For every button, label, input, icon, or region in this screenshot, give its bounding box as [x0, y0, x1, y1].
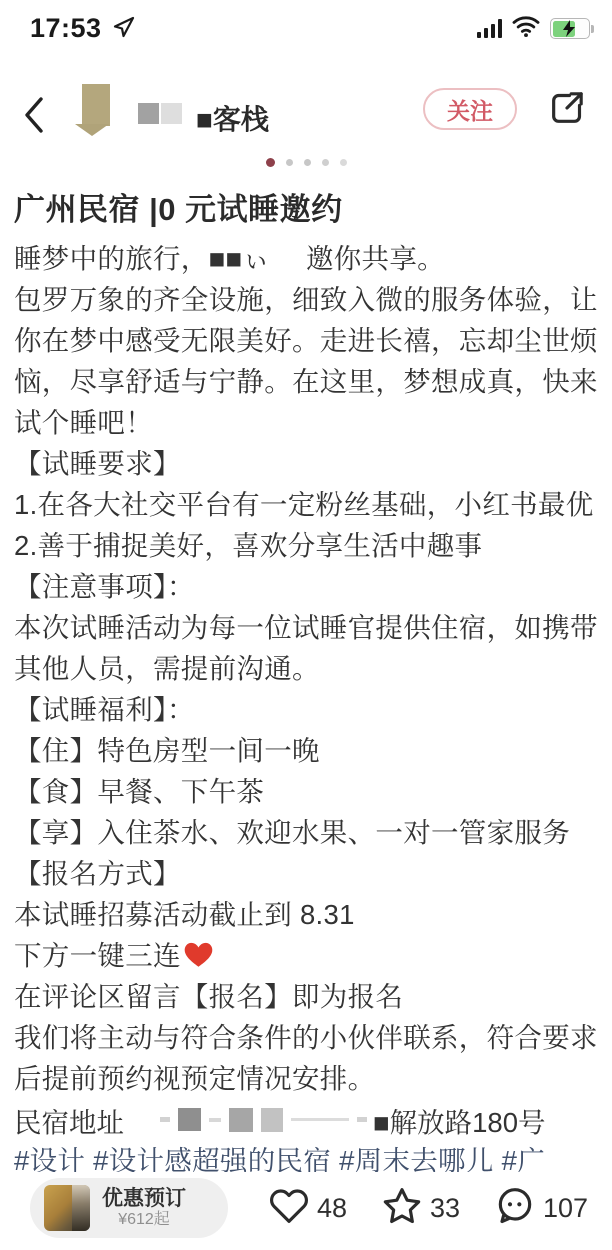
post-body-line: 试个睡吧！ — [14, 402, 600, 443]
post-body-line: 1.在各大社交平台有一定粉丝基础，小红书最优 — [14, 484, 600, 525]
post-body-line: 【享】入住茶水、欢迎水果、一对一管家服务 — [14, 812, 600, 853]
avatar[interactable] — [82, 84, 110, 126]
post-body-line: 【食】早餐、下午茶 — [14, 771, 600, 812]
post-body-line: 在评论区留言【报名】即为报名 — [14, 976, 600, 1017]
booking-thumbnail — [44, 1185, 90, 1231]
post-body-line: 本试睡招募活动截止到 8.31 — [14, 894, 600, 935]
booking-price: ¥612起 — [118, 1211, 170, 1229]
comment-bubble-icon — [494, 1186, 536, 1231]
redacted-username-blocks — [138, 103, 182, 124]
post-body-line-text: 下方一键三连 — [14, 940, 181, 971]
post-body-line: 睡梦中的旅行，■​■ぃ 邀你共享。 — [14, 238, 600, 279]
post-title: 广州民宿 |0 元试睡邀约 — [14, 184, 600, 238]
post-body-line: 【报名方式】 — [14, 853, 600, 894]
wifi-icon — [511, 14, 541, 43]
post-body-line: 恼，尽享舒适与宁静。在这里，梦想成真，快来 — [14, 361, 600, 402]
post-body-line: 【住】特色房型一间一晚 — [14, 730, 600, 771]
carousel-dot — [286, 159, 293, 166]
address-label: 民宿地址 — [14, 1100, 124, 1140]
follow-button[interactable]: 关注 — [423, 88, 517, 130]
status-bar: 17:53 — [0, 0, 612, 62]
share-icon[interactable] — [547, 88, 587, 128]
bottom-action-bar: 优惠预订 ¥612起 48 33 107 — [0, 1172, 612, 1250]
post-body-line: 2.善于捕捉美好，喜欢分享生活中趣事 — [14, 525, 600, 566]
author-name[interactable]: ■客栈 — [196, 98, 269, 138]
post-body-line: 【试睡要求】 — [14, 443, 600, 484]
post-body-line: 我们将主动与符合条件的小伙伴联系，符合要求 — [14, 1017, 600, 1058]
booking-pill-button[interactable]: 优惠预订 ¥612起 — [30, 1178, 228, 1238]
comment-button[interactable]: 107 — [494, 1186, 588, 1231]
post-body-line: 包罗万象的齐全设施，细致入微的服务体验，让 — [14, 279, 600, 320]
comment-count: 107 — [543, 1193, 588, 1224]
post-body-line: 【试睡福利】： — [14, 689, 600, 730]
address-text: ■解放路180号 — [373, 1100, 546, 1140]
booking-label: 优惠预订 — [102, 1187, 186, 1211]
red-heart-emoji — [183, 939, 214, 980]
battery-charging-icon — [550, 18, 590, 39]
carousel-dot-active — [266, 158, 275, 167]
post-body-line: 其他人员，需提前沟通。 — [14, 648, 600, 689]
clock-time: 17:53 — [30, 13, 102, 44]
like-count: 48 — [317, 1193, 347, 1224]
post-content: 广州民宿 |0 元试睡邀约 睡梦中的旅行，■​■ぃ 邀你共享。 包罗万象的齐全设… — [14, 184, 600, 1181]
post-body-line: 后提前预约视预定情况安排。 — [14, 1058, 600, 1099]
star-icon — [381, 1186, 423, 1231]
cellular-signal-icon — [477, 17, 503, 41]
location-arrow-icon — [112, 15, 136, 44]
post-body-line: 【注意事项】： — [14, 566, 600, 607]
back-button[interactable] — [20, 94, 54, 138]
carousel-dot — [322, 159, 329, 166]
post-body-line: 下方一键三连 — [14, 935, 600, 976]
address-line: 民宿地址 ■解放路180号 — [14, 1099, 600, 1140]
heart-icon — [268, 1186, 310, 1231]
nav-bar: ■客栈 关注 — [0, 80, 612, 152]
post-body-line: 本次试睡活动为每一位试睡官提供住宿，如携带 — [14, 607, 600, 648]
carousel-dot — [304, 159, 311, 166]
post-body-line: 你在梦中感受无限美好。走进长禧，忘却尘世烦 — [14, 320, 600, 361]
like-button[interactable]: 48 — [268, 1186, 347, 1231]
carousel-dots[interactable] — [0, 158, 612, 167]
carousel-dot — [340, 159, 347, 166]
collect-count: 33 — [430, 1193, 460, 1224]
redacted-address-blocks — [160, 1108, 367, 1132]
collect-button[interactable]: 33 — [381, 1186, 460, 1231]
